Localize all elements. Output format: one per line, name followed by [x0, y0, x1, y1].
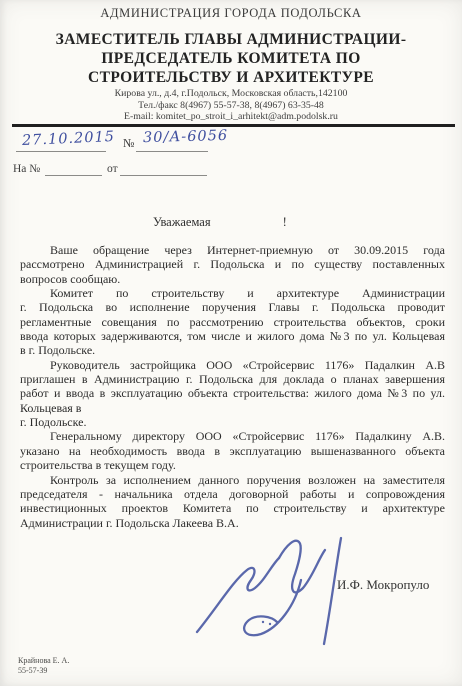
- body-line: Ваше обращение через Интернет-приемную о…: [20, 243, 445, 257]
- body-line: Руководитель застройщика ООО «Стройсерви…: [20, 358, 445, 372]
- reply-to-number-label: На №: [13, 163, 40, 175]
- executor-name: Крайнова Е. А.: [18, 656, 69, 666]
- contact-block: Кирова ул., д.4, г.Подольск, Московская …: [0, 88, 462, 123]
- body-line: ввода которых задерживаются, том числе и…: [20, 329, 445, 343]
- letter-body: Ваше обращение через Интернет-приемную о…: [20, 243, 445, 530]
- outgoing-date-handwritten: 27.10.2015: [22, 129, 116, 149]
- body-line: работ и ввода в эксплуатацию объекта стр…: [20, 386, 445, 400]
- signer-name: И.Ф. Мокропуло: [337, 577, 429, 593]
- contact-email: E-mail: komitet_po_stroit_i_arhitekt@adm…: [0, 111, 462, 123]
- executor-block: Крайнова Е. А. 55-57-39: [18, 656, 69, 675]
- org-name: АДМИНИСТРАЦИЯ ГОРОДА ПОДОЛЬСКА: [0, 6, 462, 21]
- body-line: Администрации г. Подольска Лакеева В.А.: [20, 516, 445, 530]
- reply-date-underline: [120, 175, 207, 176]
- body-line: вопросов сообщаю.: [20, 272, 445, 286]
- greeting-word: Уважаемая: [153, 215, 211, 229]
- executor-phone: 55-57-39: [18, 666, 69, 676]
- body-line: г. Подольске.: [20, 415, 445, 429]
- reply-number-underline: [45, 175, 102, 176]
- header-divider: [12, 124, 455, 127]
- body-line: г. Подольска во исполнение поручения Гла…: [20, 300, 445, 314]
- dept-title-line-2: ПРЕДСЕДАТЕЛЬ КОМИТЕТА ПО: [0, 49, 462, 68]
- body-line: указано на необходимость ввода в эксплуа…: [20, 444, 445, 458]
- body-line: Генеральному директору ООО «Стройсервис …: [20, 429, 445, 443]
- body-line: Контроль за исполнением данного поручени…: [20, 473, 445, 487]
- greeting-punct: !: [283, 215, 287, 230]
- body-line: рассмотрено Администрацией г. Подольска …: [20, 257, 445, 271]
- dept-title-line-1: ЗАМЕСТИТЕЛЬ ГЛАВЫ АДМИНИСТРАЦИИ-: [0, 30, 462, 49]
- body-line: председателя - начальника отдела договор…: [20, 487, 445, 501]
- scanned-letter-page: АДМИНИСТРАЦИЯ ГОРОДА ПОДОЛЬСКА ЗАМЕСТИТЕ…: [0, 0, 462, 686]
- dept-title: ЗАМЕСТИТЕЛЬ ГЛАВЫ АДМИНИСТРАЦИИ- ПРЕДСЕД…: [0, 30, 462, 87]
- body-line: приглашен в Администрацию г. Подольска д…: [20, 372, 445, 386]
- body-line: Кольцевая в: [20, 401, 445, 415]
- dept-title-line-3: СТРОИТЕЛЬСТВУ И АРХИТЕКТУРЕ: [0, 68, 462, 87]
- reply-to-date-label: от: [107, 163, 118, 175]
- number-sign: №: [123, 136, 134, 151]
- body-line: строительства в текущем году.: [20, 458, 445, 472]
- signature-ink: [183, 536, 413, 654]
- number-underline: [136, 151, 208, 152]
- contact-phone: Тел./факс 8(4967) 55-57-38, 8(4967) 63-3…: [0, 100, 462, 112]
- body-line: Комитет по строительству и архитектуре А…: [20, 286, 445, 300]
- contact-address: Кирова ул., д.4, г.Подольск, Московская …: [0, 88, 462, 100]
- greeting-line: Уважаемая!: [153, 215, 287, 230]
- date-underline: [16, 151, 106, 152]
- body-line: инвестиционных проектов Комитета по стро…: [20, 501, 445, 515]
- body-line: в г. Подольске.: [20, 343, 445, 357]
- body-line: регламентные совещания по рассмотрению с…: [20, 315, 445, 329]
- outgoing-number-handwritten: 30/А-6056: [143, 128, 229, 146]
